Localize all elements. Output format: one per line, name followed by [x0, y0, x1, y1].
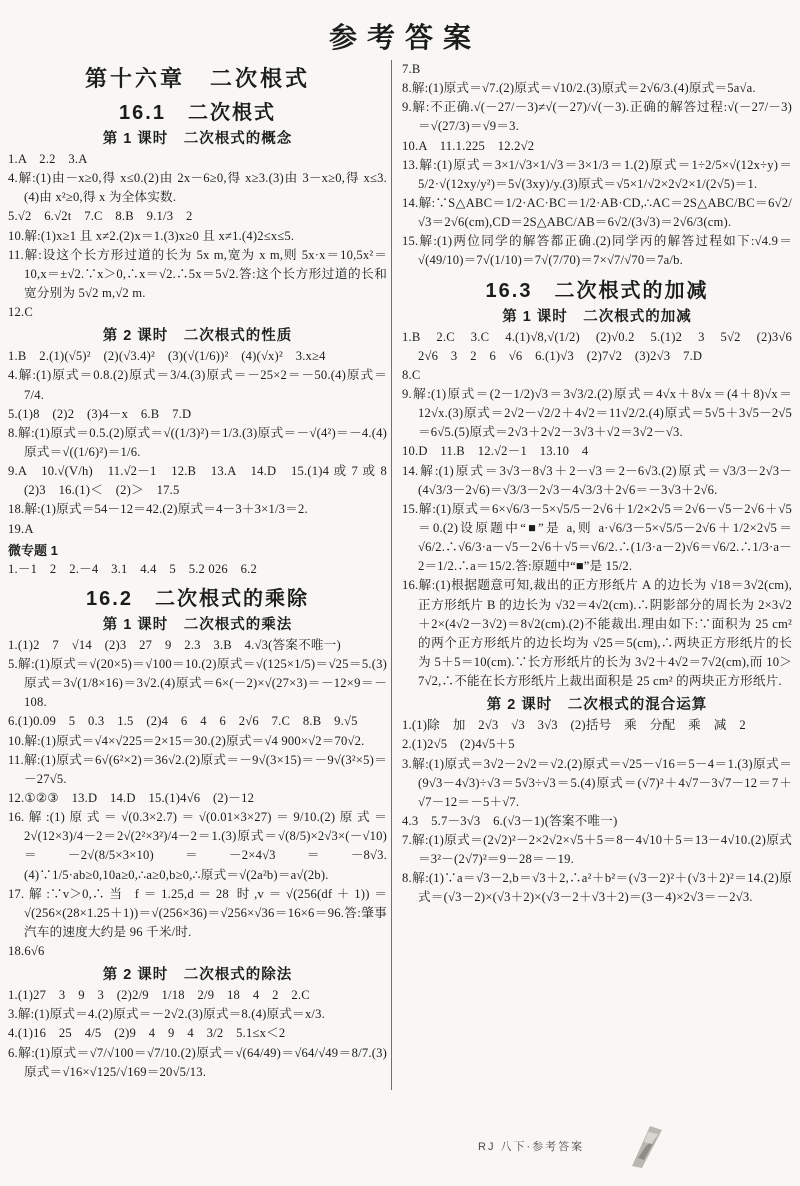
answer-line: 14.解:∵S△ABC＝1/2·AC·BC＝1/2·AB·CD,∴AC＝2S△A… — [402, 194, 792, 232]
answer-line: 5.(1)8 (2)2 (3)4－x 6.B 7.D — [8, 405, 387, 424]
heading-lesson: 第 2 课时 二次根式的性质 — [8, 324, 387, 345]
answer-line: 8.C — [402, 366, 792, 385]
answer-line: 7.B — [402, 60, 792, 79]
answer-line: 12.C — [8, 303, 387, 322]
answer-line: 1.B 2.C 3.C 4.(1)√8,√(1/2) (2)√0.2 5.(1)… — [402, 328, 792, 366]
answer-line: 15.解:(1)原式＝6×√6/3－5×√5/5－2√6＋1/2×2√5＝2√6… — [402, 500, 792, 577]
left-column: 第十六章 二次根式16.1 二次根式第 1 课时 二次根式的概念1.A 2.2 … — [8, 60, 391, 1082]
answer-line: 19.A — [8, 520, 387, 539]
two-column-layout: 第十六章 二次根式16.1 二次根式第 1 课时 二次根式的概念1.A 2.2 … — [0, 56, 800, 1090]
answer-line: 2.(1)2√5 (2)4√5＋5 — [402, 735, 792, 754]
page-title: 参考答案 — [0, 0, 800, 56]
answer-line: 4.解:(1)由－x≥0,得 x≤0.(2)由 2x－6≥0,得 x≥3.(3)… — [8, 169, 387, 207]
footer-edition-label: RJ 八下·参考答案 — [478, 1138, 584, 1154]
answer-line: 3.解:(1)原式＝3√2－2√2＝√2.(2)原式＝√25－√16＝5－4＝1… — [402, 755, 792, 812]
answer-line: 1.－1 2 2.－4 3.1 4.4 5 5.2 026 6.2 — [8, 560, 387, 579]
answer-line: 8.解:(1)原式＝0.5.(2)原式＝√((1/3)²)＝1/3.(3)原式＝… — [8, 424, 387, 462]
heading-lesson: 第 1 课时 二次根式的概念 — [8, 127, 387, 148]
answer-line: 16.解:(1)根据题意可知,裁出的正方形纸片 A 的边长为 √18＝3√2(c… — [402, 576, 792, 691]
answer-line: 1.A 2.2 3.A — [8, 150, 387, 169]
answer-line: 8.解:(1)∵a＝√3－2,b＝√3＋2,∴a²＋b²＝(√3－2)²＋(√3… — [402, 869, 792, 907]
answer-line: 10.解:(1)x≥1 且 x≠2.(2)x＝1.(3)x≥0 且 x≠1.(4… — [8, 227, 387, 246]
right-column: 7.B8.解:(1)原式＝√7.(2)原式＝√10/2.(3)原式＝2√6/3.… — [391, 60, 792, 1090]
heading-section: 16.1 二次根式 — [8, 96, 387, 125]
answer-line: 1.(1)2 7 √14 (2)3 27 9 2.3 3.B 4.√3(答案不唯… — [8, 636, 387, 655]
answer-line: 3.解:(1)原式＝4.(2)原式＝－2√2.(3)原式＝8.(4)原式＝x/3… — [8, 1005, 387, 1024]
page-footer: RJ 八下·参考答案 — [0, 1126, 800, 1166]
answer-line: 1.(1)27 3 9 3 (2)2/9 1/18 2/9 18 4 2 2.C — [8, 986, 387, 1005]
answer-line: 10.A 11.1.225 12.2√2 — [402, 137, 792, 156]
answer-line: 6.(1)0.09 5 0.3 1.5 (2)4 6 4 6 2√6 7.C 8… — [8, 712, 387, 731]
answer-line: 5.√2 6.√2t 7.C 8.B 9.1/3 2 — [8, 207, 387, 226]
answer-line: 9.解:不正确.√(－27/－3)≠√(－27)/√(－3).正确的解答过程:√… — [402, 98, 792, 136]
answer-line: 17.解:∵v＞0,∴当 f＝1.25,d＝28 时,v＝√(256(df＋1)… — [8, 885, 387, 942]
answer-line: 6.解:(1)原式＝√7/√100＝√7/10.(2)原式＝√(64/49)＝√… — [8, 1044, 387, 1082]
answer-line: 4.3 5.7－3√3 6.(√3－1)(答案不唯一) — [402, 812, 792, 831]
answer-line: 13.解:(1)原式＝3×1/√3×1/√3＝3×1/3＝1.(2)原式＝1÷2… — [402, 156, 792, 194]
answer-line: 10.D 11.B 12.√2－1 13.10 4 — [402, 442, 792, 461]
heading-section: 16.2 二次根式的乘除 — [8, 582, 387, 611]
heading-chapter: 第十六章 二次根式 — [8, 62, 387, 93]
answer-line: 7.解:(1)原式＝(2√2)²－2×2√2×√5＋5＝8－4√10＋5＝13－… — [402, 831, 792, 869]
answer-line: 10.解:(1)原式＝√4×√225＝2×15＝30.(2)原式＝√4 900×… — [8, 732, 387, 751]
answer-line: 14.解:(1)原式＝3√3－8√3＋2－√3＝2－6√3.(2)原式＝√3/3… — [402, 462, 792, 500]
answer-key-page: 参考答案 第十六章 二次根式16.1 二次根式第 1 课时 二次根式的概念1.A… — [0, 0, 800, 1186]
heading-lesson: 第 2 课时 二次根式的除法 — [8, 963, 387, 984]
answer-line: 11.解:(1)原式＝6√(6²×2)＝36√2.(2)原式＝－9√(3×15)… — [8, 751, 387, 789]
page-corner-graphic — [628, 1126, 662, 1168]
heading-lesson: 第 1 课时 二次根式的乘法 — [8, 613, 387, 634]
heading-lesson: 第 1 课时 二次根式的加减 — [402, 305, 792, 326]
answer-line: 4.解:(1)原式＝0.8.(2)原式＝3/4.(3)原式＝－25×2＝－50.… — [8, 366, 387, 404]
answer-line: 18.6√6 — [8, 942, 387, 961]
heading-lesson: 第 2 课时 二次根式的混合运算 — [402, 693, 792, 714]
answer-line: 18.解:(1)原式＝54－12＝42.(2)原式＝4－3＋3×1/3＝2. — [8, 500, 387, 519]
answer-line: 9.解:(1)原式＝(2－1/2)√3＝3√3/2.(2)原式＝4√x＋8√x＝… — [402, 385, 792, 442]
answer-line: 4.(1)16 25 4/5 (2)9 4 9 4 3/2 5.1≤x＜2 — [8, 1024, 387, 1043]
answer-line: 5.解:(1)原式＝√(20×5)＝√100＝10.(2)原式＝√(125×1/… — [8, 655, 387, 712]
heading-subtopic: 微专题 1 — [8, 540, 387, 559]
answer-line: 11.解:设这个长方形过道的长为 5x m,宽为 x m,则 5x·x＝10,5… — [8, 246, 387, 303]
answer-line: 1.(1)除 加 2√3 √3 3√3 (2)括号 乘 分配 乘 减 2 — [402, 716, 792, 735]
answer-line: 1.B 2.(1)(√5)² (2)(√3.4)² (3)(√(1/6))² (… — [8, 347, 387, 366]
answer-line: 8.解:(1)原式＝√7.(2)原式＝√10/2.(3)原式＝2√6/3.(4)… — [402, 79, 792, 98]
answer-line: 16.解:(1)原式＝√(0.3×2.7)＝√(0.01×3×27)＝9/10.… — [8, 808, 387, 885]
heading-section: 16.3 二次根式的加减 — [402, 274, 792, 303]
answer-line: 12.①②③ 13.D 14.D 15.(1)4√6 (2)－12 — [8, 789, 387, 808]
answer-line: 9.A 10.√(V/h) 11.√2－1 12.B 13.A 14.D 15.… — [8, 462, 387, 500]
answer-line: 15.解:(1)两位同学的解答都正确.(2)同学丙的解答过程如下:√4.9＝√(… — [402, 232, 792, 270]
